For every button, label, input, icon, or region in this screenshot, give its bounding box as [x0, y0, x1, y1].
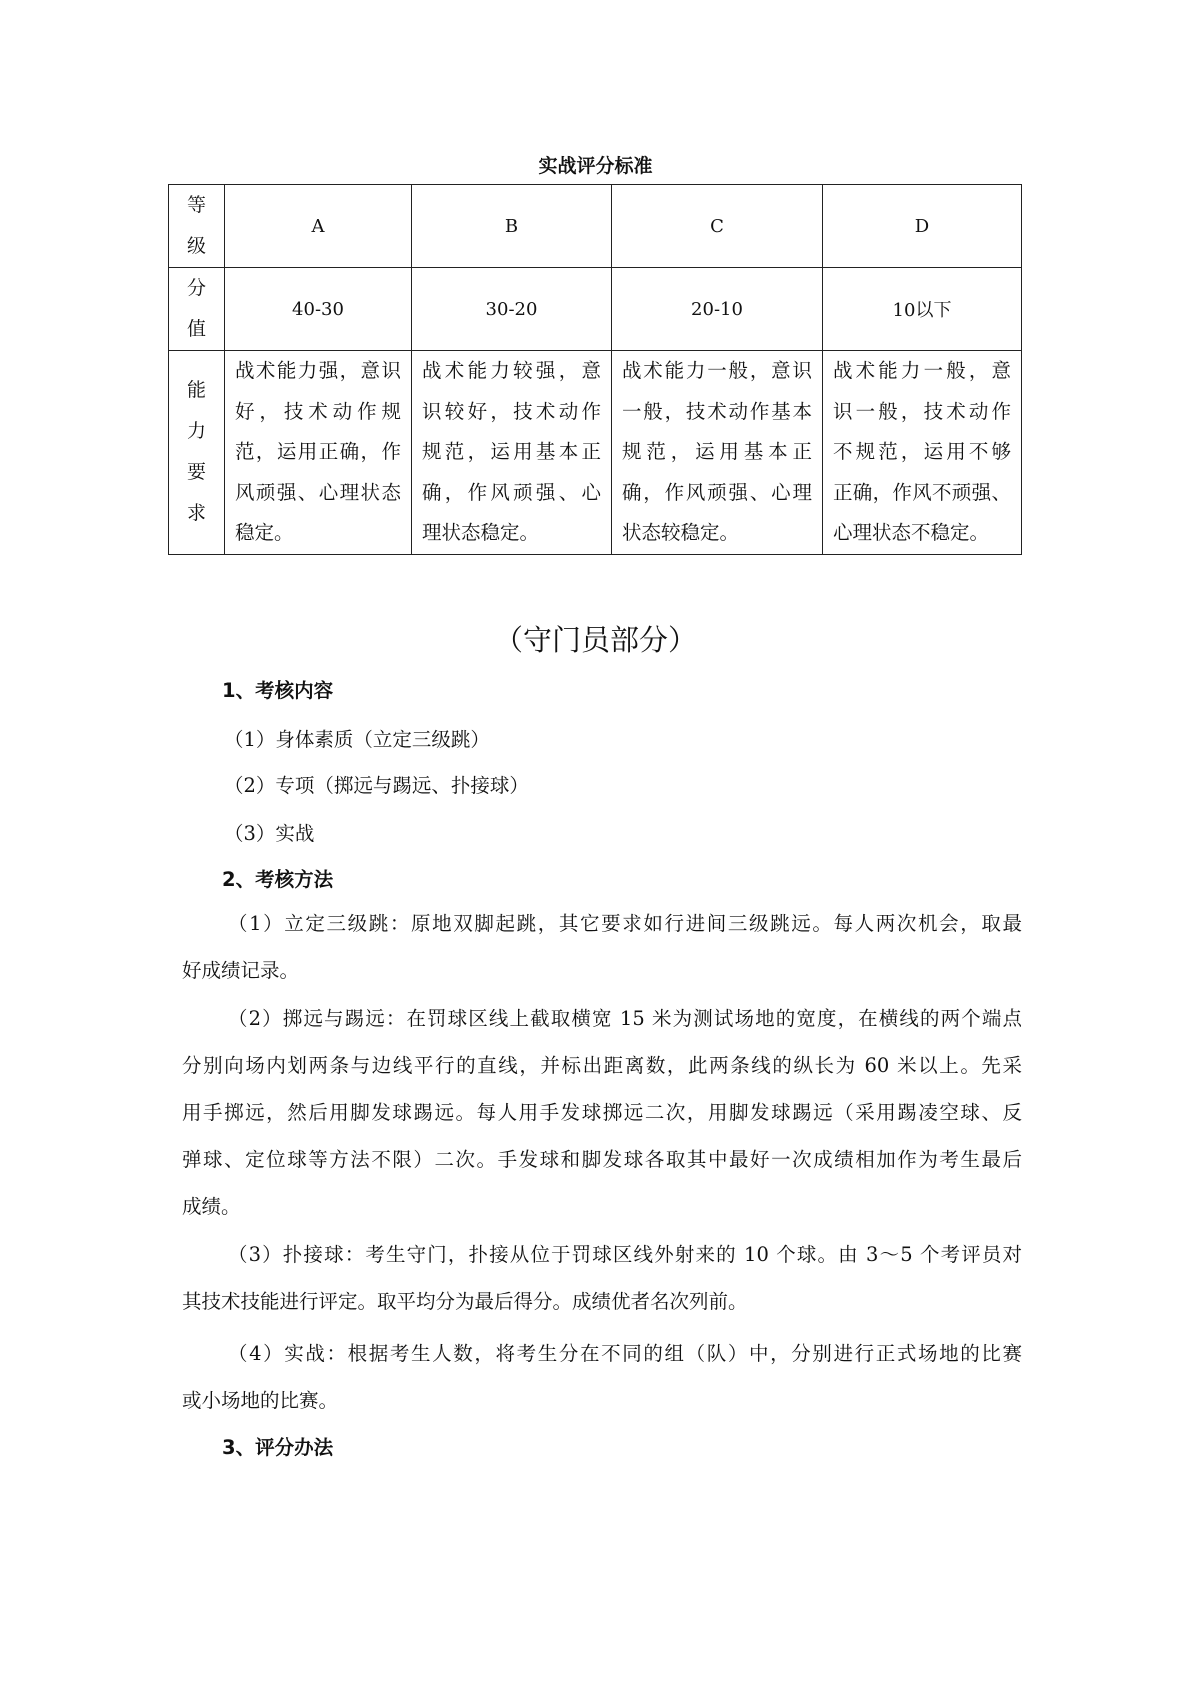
- requirement-line: 一般，技术动作基本: [622, 392, 812, 433]
- table-title: 实战评分标准: [0, 152, 1191, 180]
- requirement-line: 规范，运用基本正: [422, 432, 601, 473]
- requirement-line: 识较好，技术动作: [422, 392, 601, 433]
- section-title: （守门员部分）: [0, 620, 1191, 660]
- method-heading: 2、考核方法: [222, 866, 333, 894]
- paragraph-line: 或小场地的比赛。: [182, 1377, 1022, 1424]
- method-paragraph-1: （1）立定三级跳：原地双脚起跳，其它要求如行进间三级跳远。每人两次机会，取最 好…: [182, 900, 1022, 994]
- requirement-line: 稳定。: [235, 513, 401, 554]
- requirement-line: 规范，运用基本正: [622, 432, 812, 473]
- row-header-char: 等: [169, 185, 224, 226]
- scoring-heading: 3、评分办法: [222, 1434, 333, 1462]
- row-header-requirements: 能 力 要 求: [169, 351, 225, 555]
- row-header-grade: 等 级: [169, 185, 225, 268]
- paragraph-line: （1）立定三级跳：原地双脚起跳，其它要求如行进间三级跳远。每人两次机会，取最: [182, 900, 1022, 947]
- grade-b: B: [412, 185, 612, 268]
- paragraph-line: （4）实战：根据考生人数，将考生分在不同的组（队）中，分别进行正式场地的比赛: [182, 1330, 1022, 1377]
- method-paragraph-3: （3）扑接球：考生守门，扑接从位于罚球区线外射来的 10 个球。由 3～5 个考…: [182, 1231, 1022, 1325]
- requirement-b: 战术能力较强，意 识较好，技术动作 规范，运用基本正 确，作风顽强、心 理状态稳…: [412, 351, 612, 555]
- paragraph-line: 其技术技能进行评定。取平均分为最后得分。成绩优者名次列前。: [182, 1278, 1022, 1325]
- paragraph-line: 分别向场内划两条与边线平行的直线，并标出距离数，此两条线的纵长为 60 米以上。…: [182, 1042, 1022, 1089]
- row-header-score: 分 值: [169, 268, 225, 351]
- content-item-3: （3）实战: [224, 820, 314, 848]
- row-header-char: 求: [169, 493, 224, 534]
- score-b: 30-20: [412, 268, 612, 351]
- table-row-requirements: 能 力 要 求 战术能力强，意识 好，技术动作规 范，运用正确，作 风顽强、心理…: [169, 351, 1022, 555]
- grade-d: D: [823, 185, 1022, 268]
- requirement-line: 状态较稳定。: [622, 513, 812, 554]
- content-heading: 1、考核内容: [222, 677, 333, 705]
- requirement-line: 战术能力强，意识: [235, 351, 401, 392]
- requirement-a: 战术能力强，意识 好，技术动作规 范，运用正确，作 风顽强、心理状态 稳定。: [225, 351, 412, 555]
- row-header-char: 值: [169, 309, 224, 350]
- requirement-line: 理状态稳定。: [422, 513, 601, 554]
- paragraph-line: 好成绩记录。: [182, 947, 1022, 994]
- score-d: 10以下: [823, 268, 1022, 351]
- scoring-standard-table: 等 级 A B C D 分 值 40-30 30-20 20-10 10以下 能…: [168, 184, 1022, 555]
- score-c: 20-10: [612, 268, 823, 351]
- score-a: 40-30: [225, 268, 412, 351]
- requirement-line: 确，作风顽强、心理: [622, 473, 812, 514]
- content-item-1: （1）身体素质（立定三级跳）: [224, 726, 490, 754]
- table-row-grade: 等 级 A B C D: [169, 185, 1022, 268]
- grade-c: C: [612, 185, 823, 268]
- paragraph-line: （2）掷远与踢远：在罚球区线上截取横宽 15 米为测试场地的宽度，在横线的两个端…: [182, 995, 1022, 1042]
- paragraph-line: 用手掷远，然后用脚发球踢远。每人用手发球掷远二次，用脚发球踢远（采用踢凌空球、反: [182, 1089, 1022, 1136]
- requirement-line: 心理状态不稳定。: [833, 513, 1011, 554]
- requirement-line: 好，技术动作规: [235, 392, 401, 433]
- requirement-line: 战术能力一般，意识: [622, 351, 812, 392]
- requirement-line: 正确，作风不顽强、: [833, 473, 1011, 514]
- row-header-char: 能: [169, 370, 224, 411]
- paragraph-line: 成绩。: [182, 1183, 1022, 1230]
- requirement-line: 不规范，运用不够: [833, 432, 1011, 473]
- requirement-line: 识一般，技术动作: [833, 392, 1011, 433]
- requirement-line: 战术能力较强，意: [422, 351, 601, 392]
- table-row-score: 分 值 40-30 30-20 20-10 10以下: [169, 268, 1022, 351]
- paragraph-line: 弹球、定位球等方法不限）二次。手发球和脚发球各取其中最好一次成绩相加作为考生最后: [182, 1136, 1022, 1183]
- row-header-char: 分: [169, 268, 224, 309]
- row-header-char: 力: [169, 411, 224, 452]
- requirement-line: 范，运用正确，作: [235, 432, 401, 473]
- method-paragraph-2: （2）掷远与踢远：在罚球区线上截取横宽 15 米为测试场地的宽度，在横线的两个端…: [182, 995, 1022, 1230]
- row-header-char: 级: [169, 226, 224, 267]
- content-item-2: （2）专项（掷远与踢远、扑接球）: [224, 772, 529, 800]
- paragraph-line: （3）扑接球：考生守门，扑接从位于罚球区线外射来的 10 个球。由 3～5 个考…: [182, 1231, 1022, 1278]
- requirement-line: 风顽强、心理状态: [235, 473, 401, 514]
- requirement-d: 战术能力一般，意 识一般，技术动作 不规范，运用不够 正确，作风不顽强、 心理状…: [823, 351, 1022, 555]
- requirement-line: 确，作风顽强、心: [422, 473, 601, 514]
- requirement-line: 战术能力一般，意: [833, 351, 1011, 392]
- row-header-char: 要: [169, 452, 224, 493]
- requirement-c: 战术能力一般，意识 一般，技术动作基本 规范，运用基本正 确，作风顽强、心理 状…: [612, 351, 823, 555]
- method-paragraph-4: （4）实战：根据考生人数，将考生分在不同的组（队）中，分别进行正式场地的比赛 或…: [182, 1330, 1022, 1424]
- grade-a: A: [225, 185, 412, 268]
